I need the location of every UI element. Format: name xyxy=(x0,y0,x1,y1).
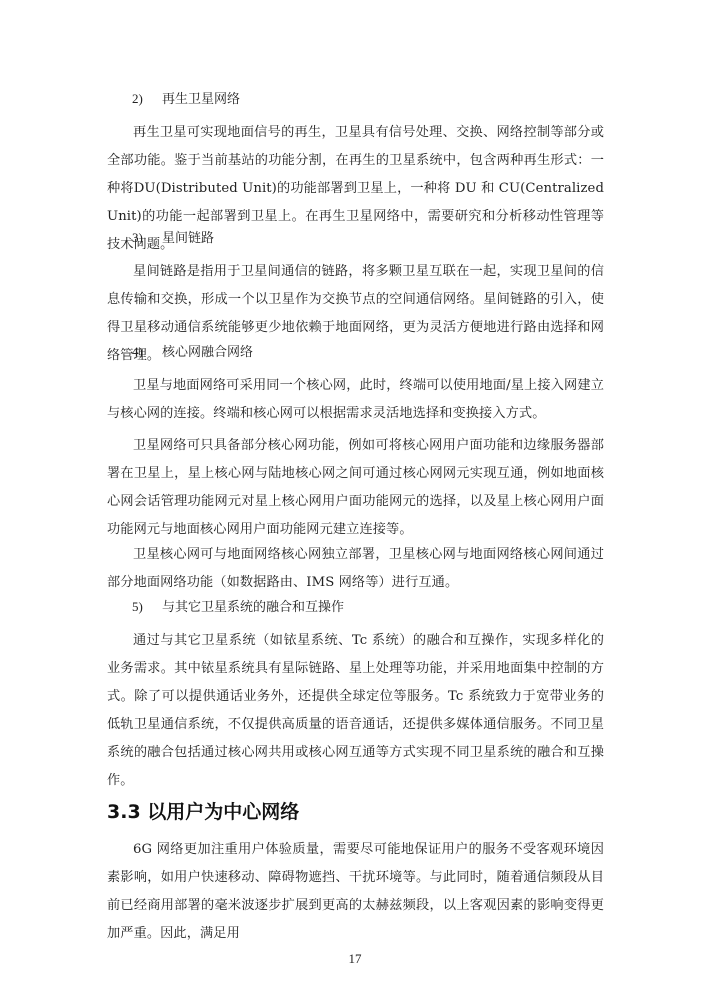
heading-number: 2) xyxy=(132,90,162,108)
heading-number: 4) xyxy=(132,343,162,361)
subsection-heading-core-network-convergence: 4)核心网融合网络 xyxy=(132,343,253,362)
section-body: 通过与其它卫星系统（如铱星系统、Tc 系统）的融合和互操作，实现多样化的业务需求… xyxy=(107,627,604,795)
page-number: 17 xyxy=(0,951,710,967)
section-body: 卫星与地面网络可采用同一个核心网，此时，终端可以使用地面/星上接入网建立与核心网… xyxy=(107,372,604,428)
heading-number: 3) xyxy=(132,229,162,247)
heading-text: 星间链路 xyxy=(162,231,214,246)
section-body: 6G 网络更加注重用户体验质量，需要尽可能地保证用户的服务不受客观环境因素影响，… xyxy=(107,836,604,948)
heading-number: 5) xyxy=(132,598,162,616)
heading-text: 核心网融合网络 xyxy=(162,345,253,360)
paragraph: 通过与其它卫星系统（如铱星系统、Tc 系统）的融合和互操作，实现多样化的业务需求… xyxy=(107,627,604,795)
paragraph: 6G 网络更加注重用户体验质量，需要尽可能地保证用户的服务不受客观环境因素影响，… xyxy=(107,836,604,948)
heading-text: 与其它卫星系统的融合和互操作 xyxy=(162,600,344,615)
paragraph: 卫星核心网可与地面网络核心网独立部署，卫星核心网与地面网络核心网间通过部分地面网… xyxy=(107,541,604,597)
subsection-heading-inter-satellite-link: 3)星间链路 xyxy=(132,229,214,248)
paragraph: 卫星网络可只具备部分核心网功能，例如可将核心网用户面功能和边缘服务器部署在卫星上… xyxy=(107,432,604,544)
subsection-heading-other-satellite-systems: 5)与其它卫星系统的融合和互操作 xyxy=(132,598,344,617)
section-body: 卫星网络可只具备部分核心网功能，例如可将核心网用户面功能和边缘服务器部署在卫星上… xyxy=(107,432,604,544)
subsection-heading-regenerative-satellite: 2)再生卫星网络 xyxy=(132,90,240,109)
paragraph: 卫星与地面网络可采用同一个核心网，此时，终端可以使用地面/星上接入网建立与核心网… xyxy=(107,372,604,428)
heading-text: 再生卫星网络 xyxy=(162,92,240,107)
section-heading-user-centric-network: 3.3 以用户为中心网络 xyxy=(107,799,299,825)
document-page: 2)再生卫星网络 再生卫星可实现地面信号的再生，卫星具有信号处理、交换、网络控制… xyxy=(0,0,710,1004)
section-body: 卫星核心网可与地面网络核心网独立部署，卫星核心网与地面网络核心网间通过部分地面网… xyxy=(107,541,604,597)
